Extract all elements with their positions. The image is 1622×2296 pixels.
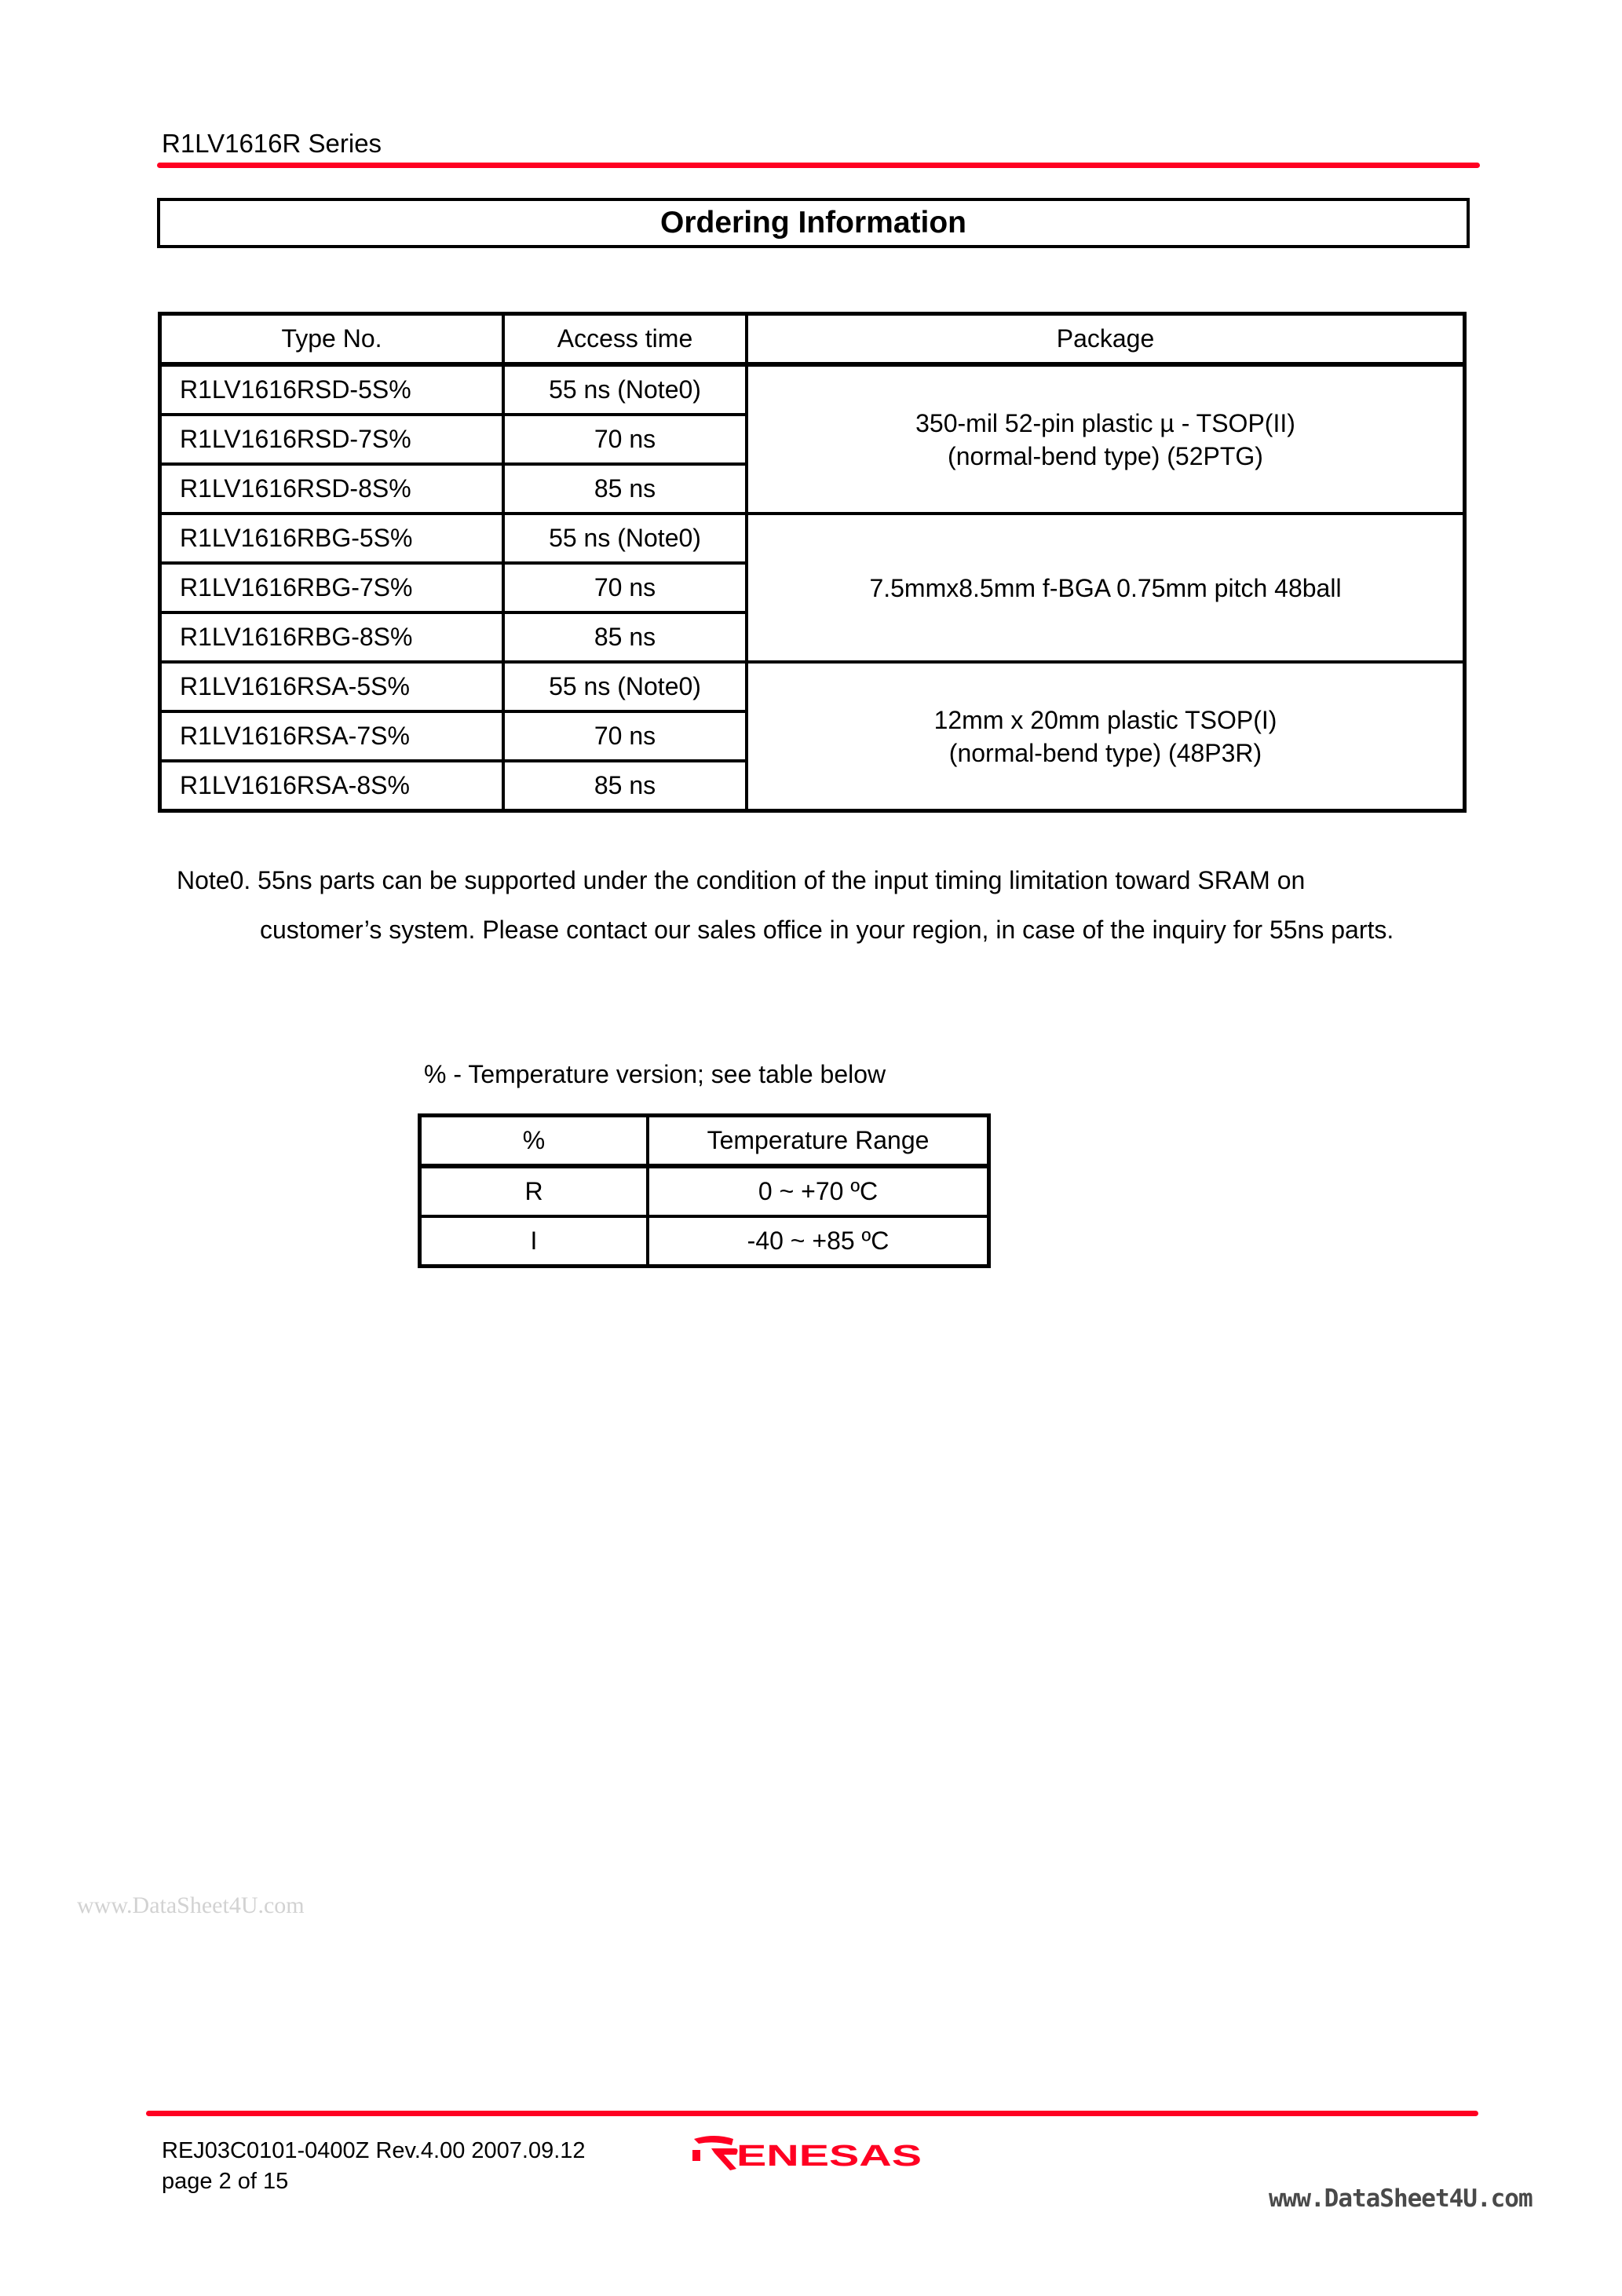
- type-number-cell: R1LV1616RBG-8S%: [160, 612, 504, 662]
- column-header-temperature-range: Temperature Range: [648, 1116, 989, 1167]
- watermark-right: www.DataSheet4U.com: [1269, 2184, 1532, 2213]
- footer-divider: [146, 2111, 1478, 2116]
- section-title-box: Ordering Information: [157, 198, 1470, 248]
- type-number-cell: R1LV1616RSA-5S%: [160, 662, 504, 711]
- package-line: 350-mil 52-pin plastic µ - TSOP(II): [748, 407, 1463, 440]
- temperature-range-cell: -40 ~ +85 ºC: [648, 1216, 989, 1267]
- column-header-access-time: Access time: [503, 314, 747, 365]
- temperature-code-cell: R: [420, 1166, 648, 1216]
- type-number-cell: R1LV1616RSD-5S%: [160, 364, 504, 415]
- access-time-cell: 85 ns: [503, 464, 747, 514]
- table-row: R0 ~ +70 ºC: [420, 1166, 989, 1216]
- watermark-left: www.DataSheet4U.com: [77, 1892, 305, 1919]
- ordering-table: Type No. Access time Package R1LV1616RSD…: [158, 312, 1467, 813]
- package-line: 12mm x 20mm plastic TSOP(I): [748, 704, 1463, 737]
- access-time-cell: 55 ns (Note0): [503, 364, 747, 415]
- type-number-cell: R1LV1616RSA-8S%: [160, 761, 504, 811]
- document-series-header: R1LV1616R Series: [162, 128, 382, 159]
- package-cell: 7.5mmx8.5mm f-BGA 0.75mm pitch 48ball: [747, 514, 1465, 662]
- access-time-cell: 70 ns: [503, 711, 747, 761]
- svg-text:ENESAS: ENESAS: [736, 2140, 922, 2172]
- table-header-row: Type No. Access time Package: [160, 314, 1465, 365]
- column-header-code: %: [420, 1116, 648, 1167]
- temperature-code-cell: I: [420, 1216, 648, 1267]
- temperature-caption: % - Temperature version; see table below: [424, 1060, 886, 1089]
- section-title: Ordering Information: [660, 206, 966, 240]
- type-number-cell: R1LV1616RSA-7S%: [160, 711, 504, 761]
- table-row: R1LV1616RSA-5S%55 ns (Note0)12mm x 20mm …: [160, 662, 1465, 711]
- renesas-logo-icon: ENESAS: [691, 2133, 926, 2172]
- renesas-logo: ENESAS: [691, 2133, 926, 2172]
- temperature-table: % Temperature Range R0 ~ +70 ºCI-40 ~ +8…: [418, 1113, 991, 1268]
- type-number-cell: R1LV1616RSD-8S%: [160, 464, 504, 514]
- table-row: R1LV1616RBG-5S%55 ns (Note0)7.5mmx8.5mm …: [160, 514, 1465, 563]
- access-time-cell: 70 ns: [503, 563, 747, 612]
- access-time-cell: 85 ns: [503, 761, 747, 811]
- temperature-range-cell: 0 ~ +70 ºC: [648, 1166, 989, 1216]
- access-time-cell: 85 ns: [503, 612, 747, 662]
- package-line: 7.5mmx8.5mm f-BGA 0.75mm pitch 48ball: [748, 572, 1463, 605]
- column-header-type: Type No.: [160, 314, 504, 365]
- access-time-cell: 70 ns: [503, 415, 747, 464]
- type-number-cell: R1LV1616RBG-7S%: [160, 563, 504, 612]
- table-header-row: % Temperature Range: [420, 1116, 989, 1167]
- note-line-2: customer’s system. Please contact our sa…: [260, 916, 1394, 945]
- header-divider: [157, 163, 1480, 168]
- table-row: R1LV1616RSD-5S%55 ns (Note0)350-mil 52-p…: [160, 364, 1465, 415]
- note-line-1: Note0. 55ns parts can be supported under…: [177, 866, 1305, 895]
- package-cell: 12mm x 20mm plastic TSOP(I)(normal-bend …: [747, 662, 1465, 811]
- footer-page-number: page 2 of 15: [162, 2168, 288, 2195]
- footer-doc-info: REJ03C0101-0400Z Rev.4.00 2007.09.12: [162, 2137, 586, 2164]
- column-header-package: Package: [747, 314, 1465, 365]
- table-row: I-40 ~ +85 ºC: [420, 1216, 989, 1267]
- package-line: (normal-bend type) (48P3R): [748, 737, 1463, 770]
- access-time-cell: 55 ns (Note0): [503, 514, 747, 563]
- type-number-cell: R1LV1616RSD-7S%: [160, 415, 504, 464]
- type-number-cell: R1LV1616RBG-5S%: [160, 514, 504, 563]
- package-line: (normal-bend type) (52PTG): [748, 440, 1463, 473]
- access-time-cell: 55 ns (Note0): [503, 662, 747, 711]
- package-cell: 350-mil 52-pin plastic µ - TSOP(II)(norm…: [747, 364, 1465, 514]
